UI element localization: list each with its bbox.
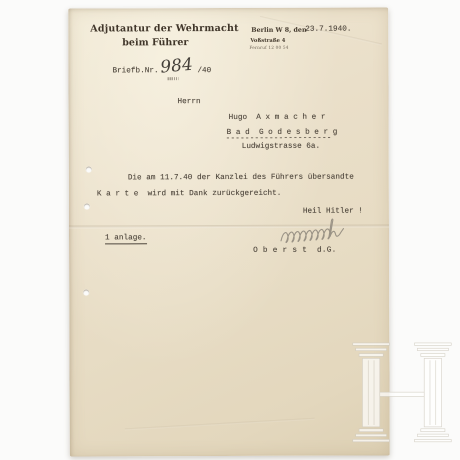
letter-paper-sheet: Adjutantur der Wehrmacht beim Führer Ber… [68,7,390,456]
reference-suffix: /40 [197,67,211,76]
handwritten-reference-number: 984 [160,57,194,77]
paper-crease-bottom [125,418,315,431]
punch-hole [83,289,89,295]
small-ink-mark [167,77,178,80]
punch-hole [84,203,90,209]
reference-label: Briefb.Nr. [112,67,158,76]
letterhead-line2: beim Führer [90,37,220,48]
letterhead-street: Voßstraße 4 [250,38,285,44]
column-h-logo-watermark-icon [343,341,460,451]
signature-rank-title: O b e r s t d.G. [253,247,337,256]
letterhead-line1: Adjutantur der Wehrmacht [90,23,220,34]
recipient-street: Ludwigstrasse 6a. [242,143,320,152]
typed-date: 23.7.1940. [305,26,351,35]
body-line1: Die am 11.7.40 der Kanzlei des Führers ü… [128,174,354,183]
recipient-name: Hugo A x m a c h e r [229,114,326,123]
punch-hole [86,166,92,172]
place-line: Berlin W 8, den [251,27,306,34]
recipient-salutation: Herrn [178,98,201,107]
scanned-letter-page: Adjutantur der Wehrmacht beim Führer Ber… [0,0,460,460]
enclosure-note: 1 anlage. [105,234,147,245]
letterhead-phone: Fernruf 12 00 54 [249,45,288,50]
body-line2: K a r t e wird mit Dank zurückgereicht. [97,190,282,199]
